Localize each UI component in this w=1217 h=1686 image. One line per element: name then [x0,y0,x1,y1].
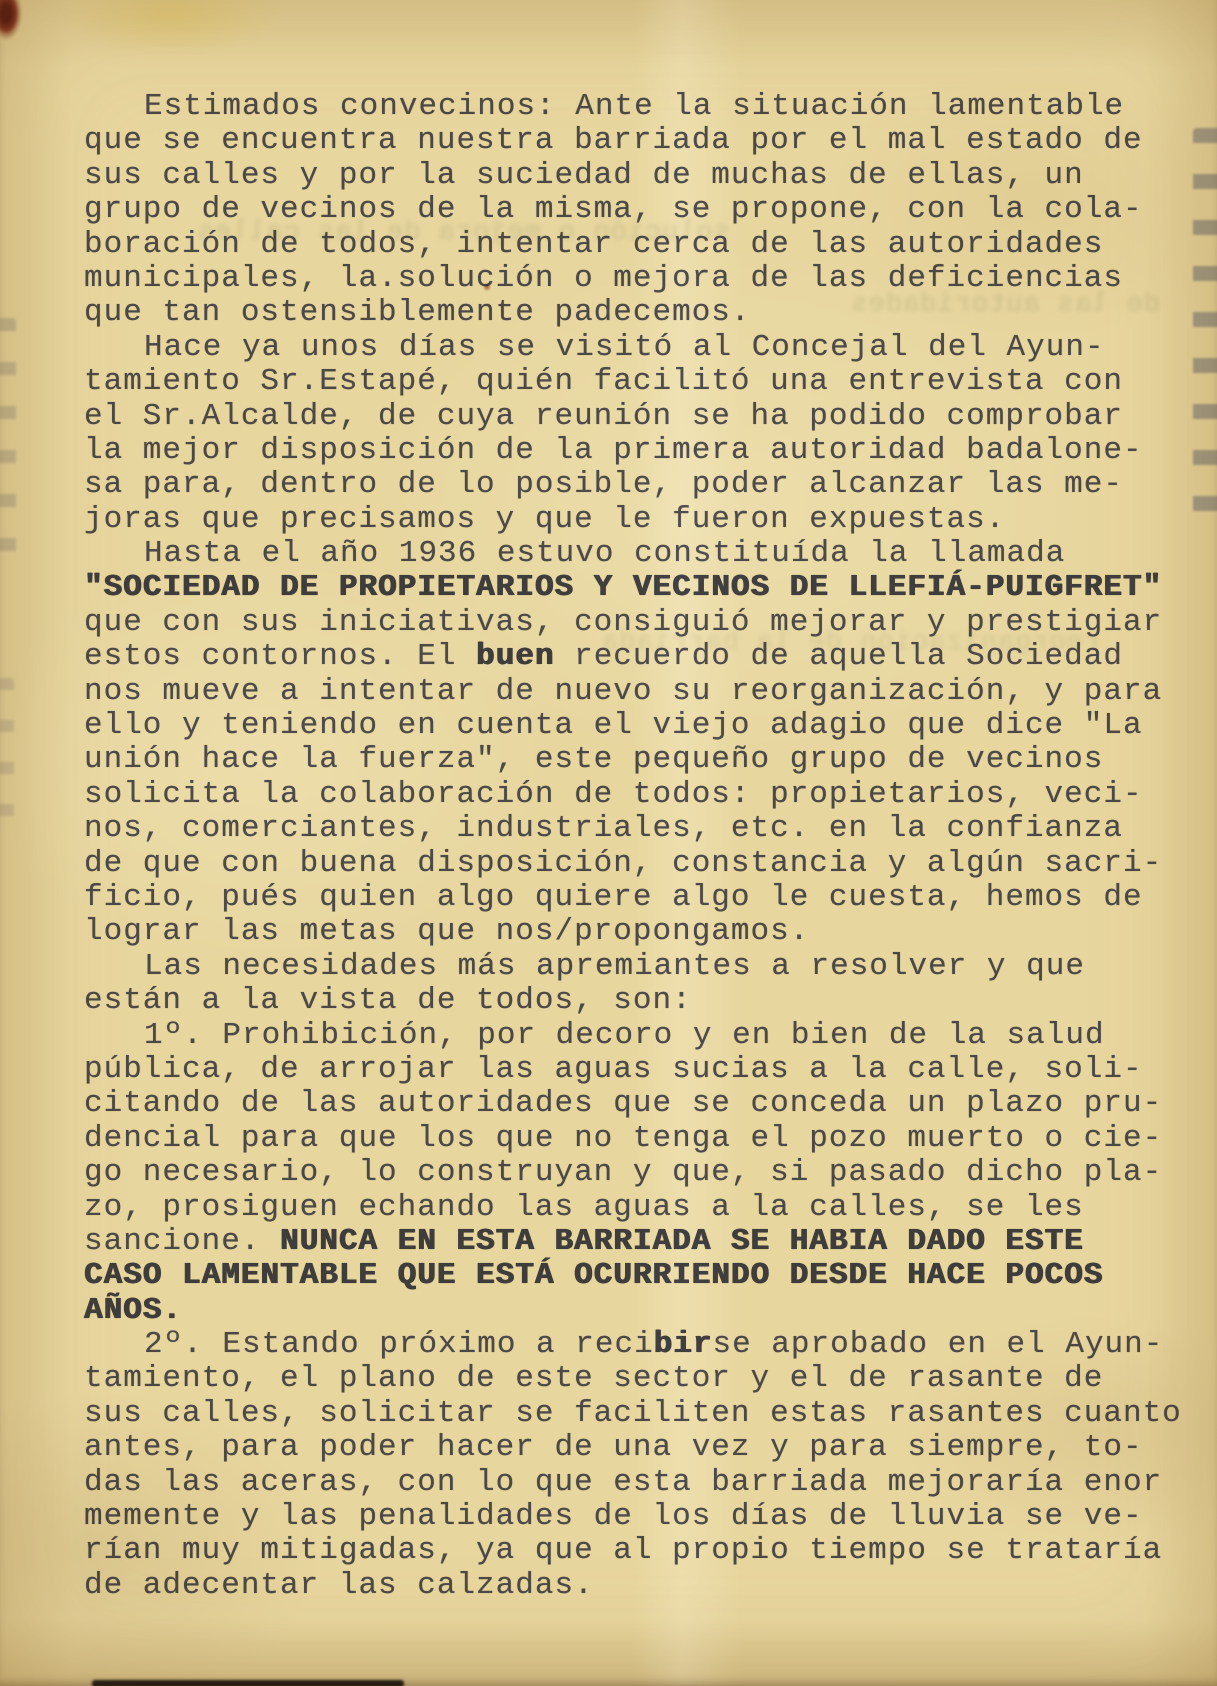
text-line: Estimados convecinos: Ante la situación … [84,90,1194,124]
typed-text: sa para, dentro de lo posible, poder alc… [84,467,1123,502]
typed-text: municipales, la.solución o mejora de las… [84,261,1123,296]
paragraph: Hace ya unos días se visitó al Concejal … [84,331,1194,537]
text-line: antes, para poder hacer de una vez y par… [84,1431,1194,1465]
typed-text: Las necesidades más apremiantes a resolv… [144,949,1085,984]
typed-text: se aprobado en el Ayun- [713,1327,1164,1362]
typed-text: lograr las metas que nos/propongamos. [84,914,809,949]
text-line: ficio, pués quien algo quiere algo le cu… [84,881,1194,915]
text-line: de adecentar las calzadas. [84,1569,1194,1603]
typed-text: Estimados convecinos: Ante la situación … [144,89,1124,124]
typed-text: solicita la colaboración de todos: propi… [84,777,1143,812]
overstruck-text: bir [654,1327,713,1362]
typed-text: Hace ya unos días se visitó al Concejal … [144,330,1105,365]
typed-text: que se encuentra nuestra barriada por el… [84,123,1143,158]
typed-text: go necesario, lo construyan y que, si pa… [84,1155,1162,1190]
letter-body: Estimados convecinos: Ante la situación … [84,90,1194,1603]
text-line: citando de las autoridades que se conced… [84,1087,1194,1121]
text-line: memente y las penalidades de los días de… [84,1500,1194,1534]
paper-background: solución o mejora de las calles de las a… [0,0,1217,1686]
paragraph: Hasta el año 1936 estuvo constituída la … [84,537,1194,950]
typed-text: sus calles, solicitar se faciliten estas… [84,1396,1182,1431]
text-line: están a la vista de todos, son: [84,984,1194,1018]
overstruck-text: CASO LAMENTABLE QUE ESTÁ OCURRIENDO DESD… [84,1258,1103,1293]
text-line: zo, prosiguen echando las aguas a la cal… [84,1191,1194,1225]
typed-text: nos, comerciantes, industriales, etc. en… [84,811,1123,846]
scanned-letter-page: { "page": { "type": "typewritten-letter-… [0,0,1217,1686]
typed-text: recuerdo de aquella Sociedad [554,639,1123,674]
typed-text: 1º. Prohibición, por decoro y en bien de… [144,1018,1105,1053]
text-line: joras que precisamos y que le fueron exp… [84,503,1194,537]
text-line: go necesario, lo construyan y que, si pa… [84,1156,1194,1190]
text-line: Hasta el año 1936 estuvo constituída la … [84,537,1194,571]
text-line: municipales, la.solución o mejora de las… [84,262,1194,296]
paragraph: 2º. Estando próximo a recibirse aprobado… [84,1328,1194,1603]
typed-text: das las aceras, con lo que esta barriada… [84,1465,1162,1500]
typed-text: ello y teniendo en cuenta el viejo adagi… [84,708,1143,743]
typed-text: rían muy mitigadas, ya que al propio tie… [84,1533,1162,1568]
typed-text: citando de las autoridades que se conced… [84,1086,1162,1121]
text-line: sa para, dentro de lo posible, poder alc… [84,468,1194,502]
ink-bleed-marks-left-edge [0,318,16,580]
typed-text: sancione. [84,1224,280,1259]
paragraph: 1º. Prohibición, por decoro y en bien de… [84,1019,1194,1329]
typed-text: antes, para poder hacer de una vez y par… [84,1430,1143,1465]
typed-text: tamiento Sr.Estapé, quién facilitó una e… [84,364,1123,399]
text-line: que se encuentra nuestra barriada por el… [84,124,1194,158]
text-line: nos, comerciantes, industriales, etc. en… [84,812,1194,846]
text-line: solicita la colaboración de todos: propi… [84,778,1194,812]
scan-edge-shadow [92,1680,404,1686]
typed-text: sus calles y por la suciedad de muchas d… [84,158,1084,193]
overstruck-text: AÑOS. [84,1293,182,1328]
typed-text: que con sus iniciativas, consiguió mejor… [84,605,1162,640]
typed-text: joras que precisamos y que le fueron exp… [84,502,1005,537]
overstruck-text: buen [476,639,554,674]
ink-bleed-marks-right-edge [1193,128,1217,518]
typed-text: 2º. Estando próximo a reci [144,1327,654,1362]
text-line: ello y teniendo en cuenta el viejo adagi… [84,709,1194,743]
text-line: AÑOS. [84,1294,1194,1328]
typed-text: el Sr.Alcalde, de cuya reunión se ha pod… [84,399,1123,434]
text-line: estos contornos. El buen recuerdo de aqu… [84,640,1194,674]
typed-text: nos mueve a intentar de nuevo su reorgan… [84,674,1162,709]
typed-text: de adecentar las calzadas. [84,1568,594,1603]
text-line: la mejor disposición de la primera autor… [84,434,1194,468]
text-line: CASO LAMENTABLE QUE ESTÁ OCURRIENDO DESD… [84,1259,1194,1293]
ink-bleed-marks-left-edge [0,678,14,828]
text-line: de que con buena disposición, constancia… [84,847,1194,881]
typed-text: boración de todos, intentar cerca de las… [84,227,1103,262]
text-line: que tan ostensiblemente padecemos. [84,296,1194,330]
typed-text: dencial para que los que no tenga el poz… [84,1121,1162,1156]
text-line: boración de todos, intentar cerca de las… [84,228,1194,262]
paragraph: Las necesidades más apremiantes a resolv… [84,950,1194,1019]
typed-text: que tan ostensiblemente padecemos. [84,295,751,330]
text-line: "SOCIEDAD DE PROPIETARIOS Y VECINOS DE L… [84,571,1194,605]
typed-text: tamiento, el plano de este sector y el d… [84,1361,1103,1396]
typed-text: memente y las penalidades de los días de… [84,1499,1143,1534]
text-line: Las necesidades más apremiantes a resolv… [84,950,1194,984]
text-line: 2º. Estando próximo a recibirse aprobado… [84,1328,1194,1362]
text-line: Hace ya unos días se visitó al Concejal … [84,331,1194,365]
typed-text: unión hace la fuerza", este pequeño grup… [84,742,1103,777]
paragraph: Estimados convecinos: Ante la situación … [84,90,1194,331]
text-line: 1º. Prohibición, por decoro y en bien de… [84,1019,1194,1053]
text-line: que con sus iniciativas, consiguió mejor… [84,606,1194,640]
typed-text: zo, prosiguen echando las aguas a la cal… [84,1190,1084,1225]
typed-text: pública, de arrojar las aguas sucias a l… [84,1052,1143,1087]
text-line: dencial para que los que no tenga el poz… [84,1122,1194,1156]
corner-ink-stain [0,0,36,64]
text-line: sancione. NUNCA EN ESTA BARRIADA SE HABI… [84,1225,1194,1259]
text-line: lograr las metas que nos/propongamos. [84,915,1194,949]
text-line: sus calles y por la suciedad de muchas d… [84,159,1194,193]
text-line: pública, de arrojar las aguas sucias a l… [84,1053,1194,1087]
text-line: tamiento, el plano de este sector y el d… [84,1362,1194,1396]
typed-text: la mejor disposición de la primera autor… [84,433,1143,468]
typed-text: están a la vista de todos, son: [84,983,692,1018]
text-line: grupo de vecinos de la misma, se propone… [84,193,1194,227]
overstruck-text: "SOCIEDAD DE PROPIETARIOS Y VECINOS DE L… [84,570,1162,605]
text-line: sus calles, solicitar se faciliten estas… [84,1397,1194,1431]
text-line: tamiento Sr.Estapé, quién facilitó una e… [84,365,1194,399]
overstruck-text: NUNCA EN ESTA BARRIADA SE HABIA DADO EST… [280,1224,1084,1259]
typed-text: Hasta el año 1936 estuvo constituída la … [144,536,1065,571]
text-line: unión hace la fuerza", este pequeño grup… [84,743,1194,777]
typed-text: estos contornos. El [84,639,476,674]
text-line: nos mueve a intentar de nuevo su reorgan… [84,675,1194,709]
text-line: el Sr.Alcalde, de cuya reunión se ha pod… [84,400,1194,434]
text-line: das las aceras, con lo que esta barriada… [84,1466,1194,1500]
typed-text: de que con buena disposición, constancia… [84,846,1162,881]
typed-text: grupo de vecinos de la misma, se propone… [84,192,1143,227]
text-line: rían muy mitigadas, ya que al propio tie… [84,1534,1194,1568]
typed-text: ficio, pués quien algo quiere algo le cu… [84,880,1143,915]
